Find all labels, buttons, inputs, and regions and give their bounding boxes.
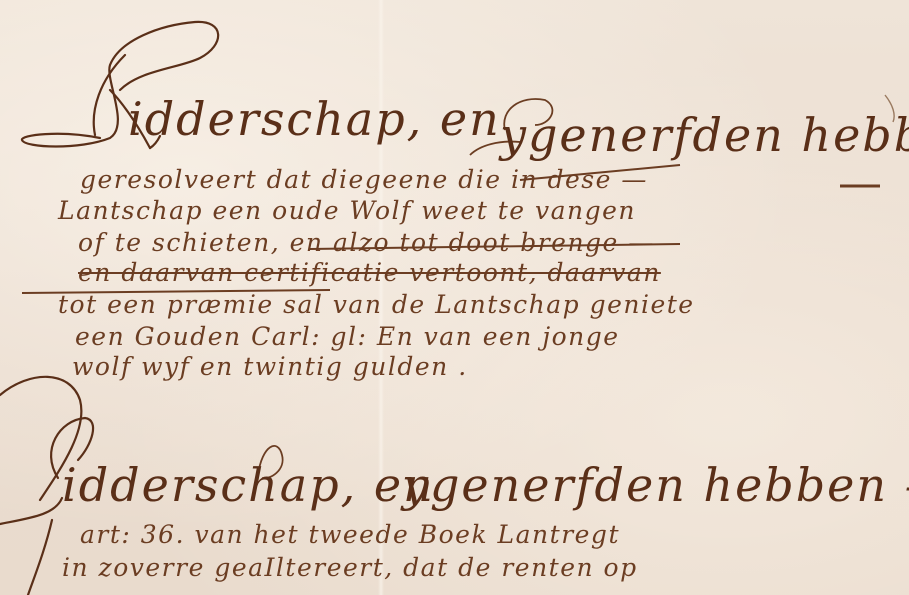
section-2-heading-second: ygenerfden hebben — [402,458,909,512]
manuscript-page: idderschap, en ygenerfden hebben geresol… [0,0,909,595]
section-1-line: tot een præmie sal van de Lantschap geni… [58,290,695,319]
section-2-line: in zoverre geaIltereert, dat de renten o… [62,553,638,582]
section-1-heading-second-rest: ygenerfden hebben [500,108,909,162]
section-1-line: een Gouden Carl: gl: En van een jonge [75,322,620,351]
section-1-heading: idderschap, en [128,92,501,146]
section-2-line: art: 36. van het tweede Boek Lantregt [80,520,620,549]
section-1-line: wolf wyf en twintig gulden . [72,352,468,381]
section-1-line: en daarvan certificatie vertoont, daarva… [78,258,661,287]
section-2-heading: idderschap, en [62,458,435,512]
section-1-line: of te schieten, en alzo tot doot brenge … [78,228,655,257]
section-2-heading-second-rest: ygenerfden hebben — [402,458,909,512]
section-2-heading-rest: idderschap, en [62,458,435,512]
section-1-heading-rest: idderschap, en [128,92,501,146]
section-1-line: Lantschap een oude Wolf weet te vangen [58,196,636,225]
section-1-heading-second: ygenerfden hebben [500,108,909,162]
section-1-line: geresolveert dat diegeene die in dese — [80,165,648,194]
